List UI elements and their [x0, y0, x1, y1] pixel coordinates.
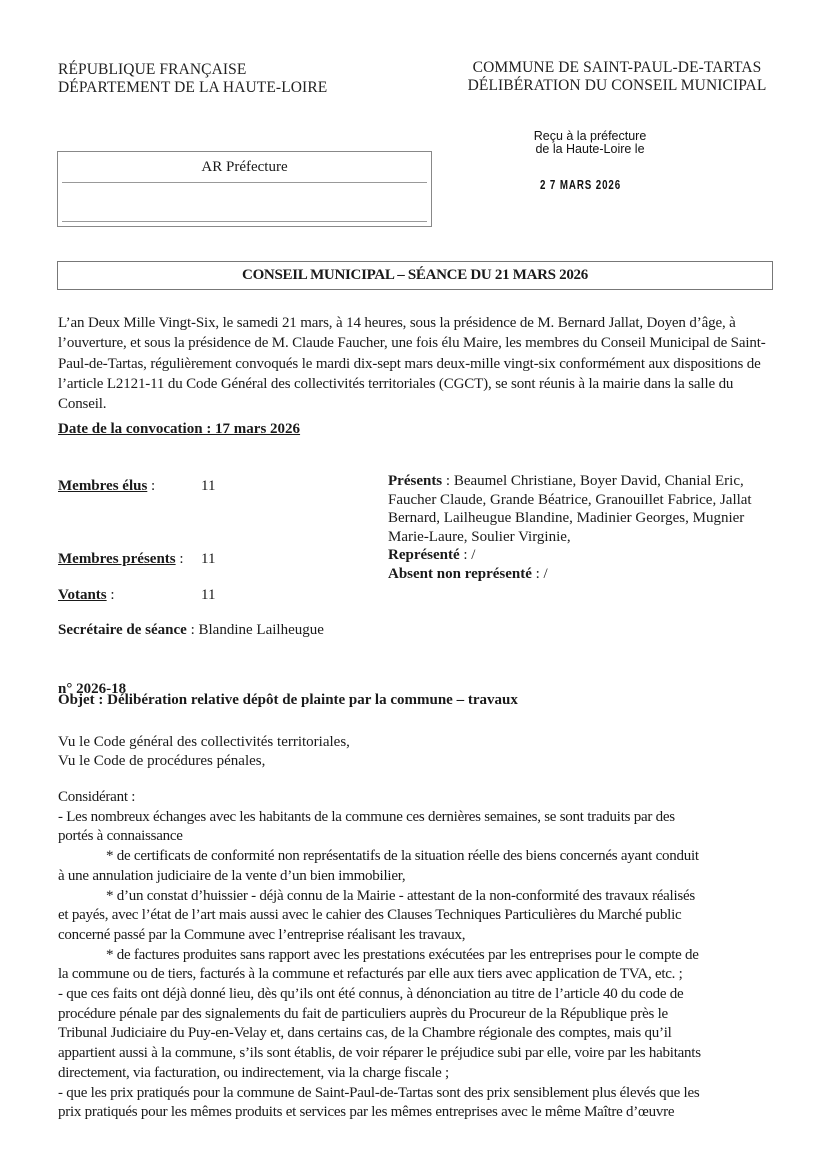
considerant-line: prix pratiqués pour les mêmes produits e… [58, 1103, 788, 1123]
stat-value: 11 [201, 586, 215, 604]
stat-label: Membres présents [58, 551, 176, 567]
stat-label: Votants [58, 587, 107, 603]
considerant-line: Tribunal Judiciaire du Puy-en-Velay et, … [58, 1024, 788, 1044]
represente: Représenté : / [388, 546, 778, 565]
vu-item: Vu le Code de procédures pénales, [58, 752, 350, 771]
attendance-block: Présents : Beaumel Christiane, Boyer Dav… [388, 472, 778, 584]
considerant-line: la commune ou de tiers, facturés à la co… [58, 965, 788, 985]
stamp-line-2: de la Haute-Loire le [515, 143, 665, 156]
considerant-title: Considérant : [58, 788, 788, 808]
considerant-line: à une annulation judiciaire de la vente … [58, 867, 788, 887]
secretaire-label: Secrétaire de séance [58, 622, 187, 638]
stat-label: Membres élus [58, 478, 147, 494]
considerant-line: concerné passé par la Commune avec l’ent… [58, 926, 788, 946]
considerant-line: * de factures produites sans rapport ave… [58, 946, 788, 966]
divider [62, 182, 427, 183]
ar-prefecture-title: AR Préfecture [58, 159, 431, 176]
header-left: RÉPUBLIQUE FRANÇAISE DÉPARTEMENT DE LA H… [58, 61, 327, 97]
stat-membres-presents: Membres présents : 11 [58, 550, 358, 568]
vu-list: Vu le Code général des collectivités ter… [58, 733, 350, 770]
stamp-date: 2 7 MARS 2026 [540, 177, 621, 192]
considerant-lines: - Les nombreux échanges avec les habitan… [58, 808, 788, 1123]
header-right: COMMUNE DE SAINT-PAUL-DE-TARTAS DÉLIBÉRA… [466, 59, 768, 95]
ar-prefecture-box: AR Préfecture [57, 151, 432, 227]
intro-paragraph: L’an Deux Mille Vingt-Six, le samedi 21 … [58, 313, 778, 414]
considerant-line: directement, via facturation, ou indirec… [58, 1064, 788, 1084]
reception-stamp: Reçu à la préfecture de la Haute-Loire l… [515, 130, 665, 156]
stat-value: 11 [201, 477, 215, 495]
absent-non-represente: Absent non représenté : / [388, 565, 778, 584]
commune-line: COMMUNE DE SAINT-PAUL-DE-TARTAS [466, 59, 768, 77]
stat-value: 11 [201, 550, 215, 568]
stat-votants: Votants : 11 [58, 586, 358, 604]
considerant-line: * d’un constat d’huissier - déjà connu d… [58, 887, 788, 907]
deliberation-object: Objet : Délibération relative dépôt de p… [58, 692, 518, 709]
considerant-line: portés à connaissance [58, 827, 788, 847]
seance-title: CONSEIL MUNICIPAL – SÉANCE DU 21 MARS 20… [58, 267, 772, 284]
considerant-line: - que ces faits ont déjà donné lieu, dès… [58, 985, 788, 1005]
considerant-line: - que les prix pratiqués pour la commune… [58, 1084, 788, 1104]
divider [62, 221, 427, 222]
secretaire-de-seance: Secrétaire de séance : Blandine Lailheug… [58, 622, 324, 639]
considerant-line: * de certificats de conformité non repré… [58, 847, 788, 867]
considerant-line: - Les nombreux échanges avec les habitan… [58, 808, 788, 828]
departement-line: DÉPARTEMENT DE LA HAUTE-LOIRE [58, 79, 327, 97]
seance-title-box: CONSEIL MUNICIPAL – SÉANCE DU 21 MARS 20… [57, 261, 773, 290]
considerant-block: Considérant : - Les nombreux échanges av… [58, 788, 788, 1123]
vu-item: Vu le Code général des collectivités ter… [58, 733, 350, 752]
considerant-line: et payés, avec l’état de l’art mais auss… [58, 906, 788, 926]
republique-line: RÉPUBLIQUE FRANÇAISE [58, 61, 327, 79]
deliberation-line: DÉLIBÉRATION DU CONSEIL MUNICIPAL [466, 77, 768, 95]
stat-membres-elus: Membres élus : 11 [58, 477, 358, 495]
considerant-line: procédure pénale par des signalements du… [58, 1005, 788, 1025]
presents-list: Présents : Beaumel Christiane, Boyer Dav… [388, 472, 778, 546]
secretaire-value: : Blandine Lailheugue [187, 622, 324, 638]
considerant-line: appartient aussi à la commune, s’ils son… [58, 1044, 788, 1064]
convocation-date: Date de la convocation : 17 mars 2026 [58, 421, 300, 438]
